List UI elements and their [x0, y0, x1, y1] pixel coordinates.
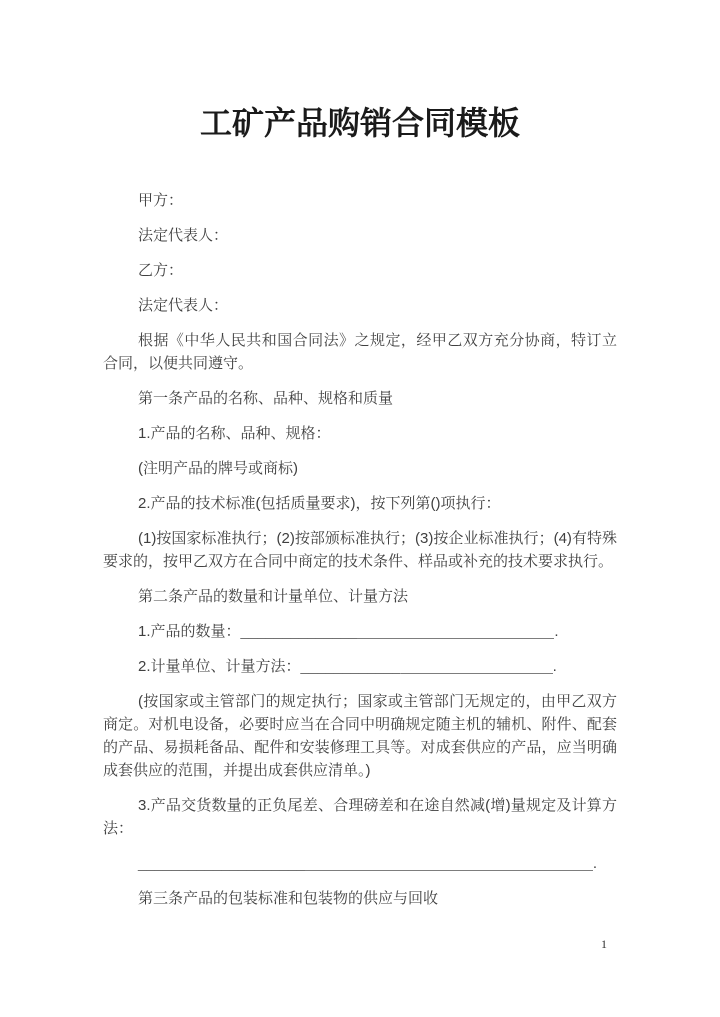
article1-options: (1)按国家标准执行；(2)按部颁标准执行；(3)按企业标准执行；(4)有特殊要… — [103, 527, 617, 573]
article2-item2-period: . — [553, 658, 557, 675]
document-page: 工矿产品购销合同模板 甲方： 法定代表人： 乙方： 法定代表人： 根据《中华人民… — [0, 0, 720, 1017]
document-body: 甲方： 法定代表人： 乙方： 法定代表人： 根据《中华人民共和国合同法》之规定，… — [103, 189, 617, 910]
page-number: 1 — [601, 936, 607, 952]
article2-item1-quantity-line: 1.产品的数量：______________. — [103, 620, 617, 643]
article1-item2: 2.产品的技术标准(包括质量要求)，按下列第()项执行： — [103, 492, 617, 515]
article1-item1: 1.产品的名称、品种、规格： — [103, 422, 617, 445]
article2-item1-blank-underscores: ______________ — [241, 623, 358, 640]
article3-heading: 第三条产品的包装标准和包装物的供应与回收 — [103, 887, 617, 910]
article2-item1-label: 1.产品的数量： — [138, 623, 241, 640]
fill-line-underscores: ____________________ — [138, 855, 305, 872]
party-a-legal-rep-line: 法定代表人： — [103, 224, 617, 247]
party-a-line: 甲方： — [103, 189, 617, 212]
article2-item1-fill-line — [357, 638, 554, 639]
fill-line-solid — [305, 870, 593, 871]
article2-fill-line-paragraph: ____________________. — [103, 852, 617, 875]
document-title: 工矿产品购销合同模板 — [0, 103, 720, 143]
party-b-legal-rep-line: 法定代表人： — [103, 294, 617, 317]
party-b-line: 乙方： — [103, 259, 617, 282]
article2-item3: 3.产品交货数量的正负尾差、合理磅差和在途自然减(增)量规定及计算方法： — [103, 794, 617, 840]
article1-note: (注明产品的牌号或商标) — [103, 457, 617, 480]
article1-heading: 第一条产品的名称、品种、规格和质量 — [103, 387, 617, 410]
preamble-paragraph: 根据《中华人民共和国合同法》之规定，经甲乙双方充分协商，特订立合同，以便共同遵守… — [103, 329, 617, 375]
fill-line-period: . — [593, 855, 597, 872]
article2-item2-unit-line: 2.计量单位、计量方法：____________. — [103, 655, 617, 678]
article2-item2-blank-underscores: ____________ — [301, 658, 401, 675]
article2-note: (按国家或主管部门的规定执行；国家或主管部门无规定的，由甲乙双方商定。对机电设备… — [103, 690, 617, 782]
article2-heading: 第二条产品的数量和计量单位、计量方法 — [103, 585, 617, 608]
article2-item2-label: 2.计量单位、计量方法： — [138, 658, 301, 675]
article2-item2-fill-line — [401, 673, 553, 674]
article2-item1-period: . — [554, 623, 558, 640]
